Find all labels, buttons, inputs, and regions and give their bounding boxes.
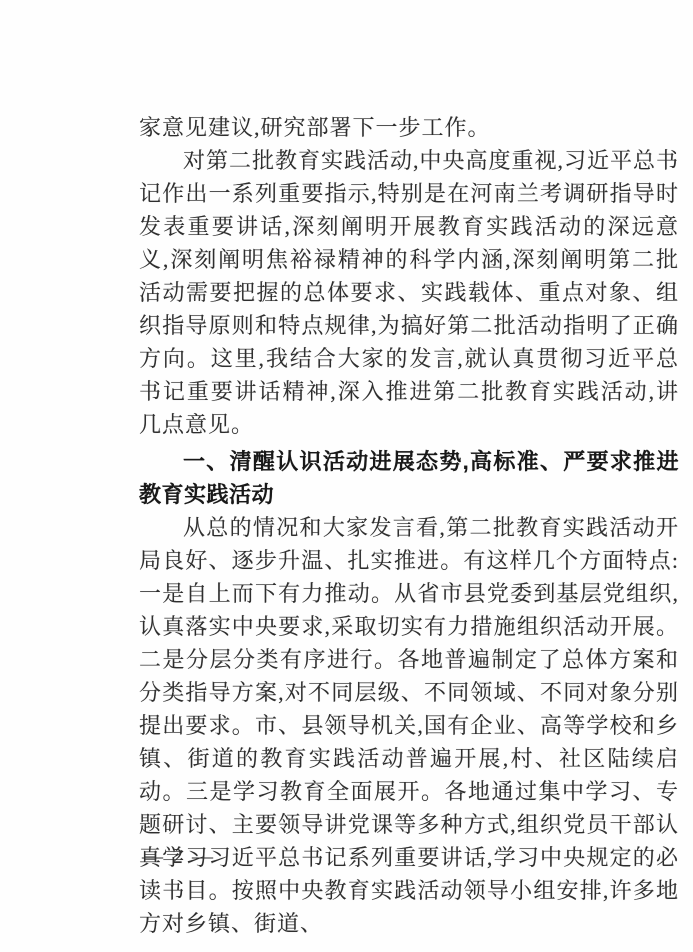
section-heading: 一、清醒认识活动进展态势,高标准、严要求推进教育实践活动: [139, 445, 679, 511]
paragraph-intro: 对第二批教育实践活动,中央高度重视,习近平总书记作出一系列重要指示,特别是在河南…: [139, 144, 679, 441]
paragraph-body: 从总的情况和大家发言看,第二批教育实践活动开局良好、逐步升温、扎实推进。有这样几…: [139, 511, 679, 940]
page-number: — 2 —: [142, 840, 215, 873]
document-page: 家意见建议,研究部署下一步工作。 对第二批教育实践活动,中央高度重视,习近平总书…: [0, 0, 693, 952]
document-text-block: 家意见建议,研究部署下一步工作。 对第二批教育实践活动,中央高度重视,习近平总书…: [139, 111, 679, 940]
paragraph-continuation: 家意见建议,研究部署下一步工作。: [139, 111, 679, 144]
